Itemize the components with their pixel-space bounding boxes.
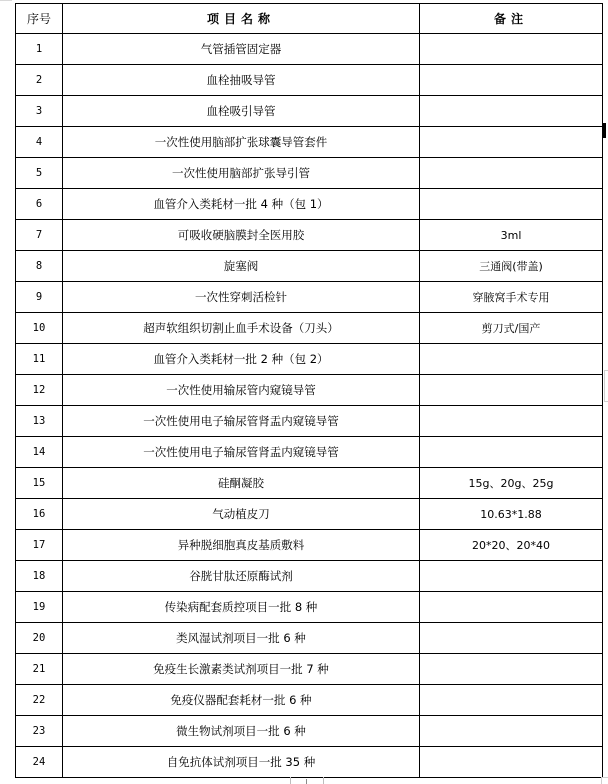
table-row: 21免疫生长激素类试剂项目一批 7 种 xyxy=(16,654,603,685)
scrollbar-grip-icon xyxy=(306,779,307,784)
table-row: 5一次性使用脑部扩张导引管 xyxy=(16,158,603,189)
table-row: 3血栓吸引导管 xyxy=(16,96,603,127)
cell-serial-number: 5 xyxy=(16,158,63,189)
table-row: 9一次性穿刺活检针穿腋窝手术专用 xyxy=(16,282,603,313)
table-row: 10超声软组织切割止血手术设备（刀头）剪刀式/国产 xyxy=(16,313,603,344)
cell-serial-number: 23 xyxy=(16,716,63,747)
cell-remarks xyxy=(420,406,603,437)
cell-serial-number: 20 xyxy=(16,623,63,654)
cell-remarks: 剪刀式/国产 xyxy=(420,313,603,344)
window-resize-corner[interactable] xyxy=(601,777,608,784)
cell-serial-number: 8 xyxy=(16,251,63,282)
cell-item-name: 一次性使用脑部扩张球囊导管套件 xyxy=(63,127,420,158)
cell-item-name: 一次性使用电子输尿管肾盂内窥镜导管 xyxy=(63,437,420,468)
cell-item-name: 类风湿试剂项目一批 6 种 xyxy=(63,623,420,654)
table-row: 23微生物试剂项目一批 6 种 xyxy=(16,716,603,747)
cell-serial-number: 24 xyxy=(16,747,63,778)
table-row: 11血管介入类耗材一批 2 种（包 2） xyxy=(16,344,603,375)
text-cursor-mark xyxy=(603,123,606,138)
cell-item-name: 自免抗体试剂项目一批 35 种 xyxy=(63,747,420,778)
cell-serial-number: 19 xyxy=(16,592,63,623)
cell-remarks xyxy=(420,344,603,375)
cell-serial-number: 7 xyxy=(16,220,63,251)
cell-item-name: 可吸收硬脑膜封全医用胶 xyxy=(63,220,420,251)
cell-item-name: 一次性穿刺活检针 xyxy=(63,282,420,313)
cell-item-name: 一次性使用脑部扩张导引管 xyxy=(63,158,420,189)
header-item-name: 项目名称 xyxy=(63,4,420,34)
cell-serial-number: 6 xyxy=(16,189,63,220)
cell-item-name: 超声软组织切割止血手术设备（刀头） xyxy=(63,313,420,344)
cell-serial-number: 3 xyxy=(16,96,63,127)
cell-remarks xyxy=(420,747,603,778)
cell-remarks: 3ml xyxy=(420,220,603,251)
cell-item-name: 血栓抽吸导管 xyxy=(63,65,420,96)
table-row: 15硅酮凝胶15g、20g、25g xyxy=(16,468,603,499)
table-row: 18谷胱甘肽还原酶试剂 xyxy=(16,561,603,592)
table-row: 7可吸收硬脑膜封全医用胶3ml xyxy=(16,220,603,251)
table-row: 19传染病配套质控项目一批 8 种 xyxy=(16,592,603,623)
cell-serial-number: 14 xyxy=(16,437,63,468)
cell-remarks: 15g、20g、25g xyxy=(420,468,603,499)
cell-serial-number: 2 xyxy=(16,65,63,96)
table-row: 16气动植皮刀10.63*1.88 xyxy=(16,499,603,530)
table-row: 13一次性使用电子输尿管肾盂内窥镜导管 xyxy=(16,406,603,437)
header-remarks: 备注 xyxy=(420,4,603,34)
table-row: 20类风湿试剂项目一批 6 种 xyxy=(16,623,603,654)
cell-remarks xyxy=(420,65,603,96)
cell-serial-number: 18 xyxy=(16,561,63,592)
cell-remarks xyxy=(420,96,603,127)
table-row: 14一次性使用电子输尿管肾盂内窥镜导管 xyxy=(16,437,603,468)
cell-remarks xyxy=(420,561,603,592)
cell-item-name: 血管介入类耗材一批 2 种（包 2） xyxy=(63,344,420,375)
cell-item-name: 血管介入类耗材一批 4 种（包 1） xyxy=(63,189,420,220)
cell-item-name: 免疫生长激素类试剂项目一批 7 种 xyxy=(63,654,420,685)
cell-item-name: 一次性使用电子输尿管肾盂内窥镜导管 xyxy=(63,406,420,437)
cell-remarks xyxy=(420,716,603,747)
cell-remarks xyxy=(420,623,603,654)
ruler-tick-mark xyxy=(604,370,608,402)
cell-item-name: 一次性使用输尿管内窥镜导管 xyxy=(63,375,420,406)
cell-serial-number: 21 xyxy=(16,654,63,685)
cell-remarks xyxy=(420,158,603,189)
cell-remarks: 穿腋窝手术专用 xyxy=(420,282,603,313)
cell-remarks xyxy=(420,685,603,716)
table-row: 4一次性使用脑部扩张球囊导管套件 xyxy=(16,127,603,158)
table-body: 1气管插管固定器 2血栓抽吸导管 3血栓吸引导管 4一次性使用脑部扩张球囊导管套… xyxy=(16,34,603,778)
cell-item-name: 微生物试剂项目一批 6 种 xyxy=(63,716,420,747)
cell-serial-number: 17 xyxy=(16,530,63,561)
cell-item-name: 异种脱细胞真皮基质敷料 xyxy=(63,530,420,561)
cell-serial-number: 16 xyxy=(16,499,63,530)
table-row: 1气管插管固定器 xyxy=(16,34,603,65)
table-row: 17异种脱细胞真皮基质敷料20*20、20*40 xyxy=(16,530,603,561)
cell-serial-number: 11 xyxy=(16,344,63,375)
cell-item-name: 谷胱甘肽还原酶试剂 xyxy=(63,561,420,592)
cell-remarks: 20*20、20*40 xyxy=(420,530,603,561)
horizontal-scrollbar-thumb[interactable] xyxy=(290,777,324,784)
table-row: 2血栓抽吸导管 xyxy=(16,65,603,96)
cell-remarks: 三通阀(带盖) xyxy=(420,251,603,282)
table-row: 6血管介入类耗材一批 4 种（包 1） xyxy=(16,189,603,220)
page-corner-mark xyxy=(0,0,12,3)
cell-serial-number: 1 xyxy=(16,34,63,65)
table-row: 12一次性使用输尿管内窥镜导管 xyxy=(16,375,603,406)
cell-remarks: 10.63*1.88 xyxy=(420,499,603,530)
cell-remarks xyxy=(420,189,603,220)
cell-remarks xyxy=(420,127,603,158)
cell-remarks xyxy=(420,375,603,406)
cell-serial-number: 12 xyxy=(16,375,63,406)
cell-serial-number: 4 xyxy=(16,127,63,158)
cell-remarks xyxy=(420,34,603,65)
cell-serial-number: 22 xyxy=(16,685,63,716)
table-row: 8旋塞阀三通阀(带盖) xyxy=(16,251,603,282)
cell-serial-number: 15 xyxy=(16,468,63,499)
table-header-row: 序号 项目名称 备注 xyxy=(16,4,603,34)
cell-serial-number: 13 xyxy=(16,406,63,437)
cell-item-name: 硅酮凝胶 xyxy=(63,468,420,499)
table-row: 22免疫仪器配套耗材一批 6 种 xyxy=(16,685,603,716)
cell-remarks xyxy=(420,654,603,685)
cell-item-name: 旋塞阀 xyxy=(63,251,420,282)
cell-remarks xyxy=(420,437,603,468)
items-table: 序号 项目名称 备注 1气管插管固定器 2血栓抽吸导管 3血栓吸引导管 4一次性… xyxy=(15,3,603,778)
cell-serial-number: 9 xyxy=(16,282,63,313)
cell-item-name: 血栓吸引导管 xyxy=(63,96,420,127)
cell-remarks xyxy=(420,592,603,623)
header-serial-number: 序号 xyxy=(16,4,63,34)
cell-item-name: 传染病配套质控项目一批 8 种 xyxy=(63,592,420,623)
cell-item-name: 气动植皮刀 xyxy=(63,499,420,530)
cell-item-name: 免疫仪器配套耗材一批 6 种 xyxy=(63,685,420,716)
cell-serial-number: 10 xyxy=(16,313,63,344)
table-row: 24自免抗体试剂项目一批 35 种 xyxy=(16,747,603,778)
cell-item-name: 气管插管固定器 xyxy=(63,34,420,65)
